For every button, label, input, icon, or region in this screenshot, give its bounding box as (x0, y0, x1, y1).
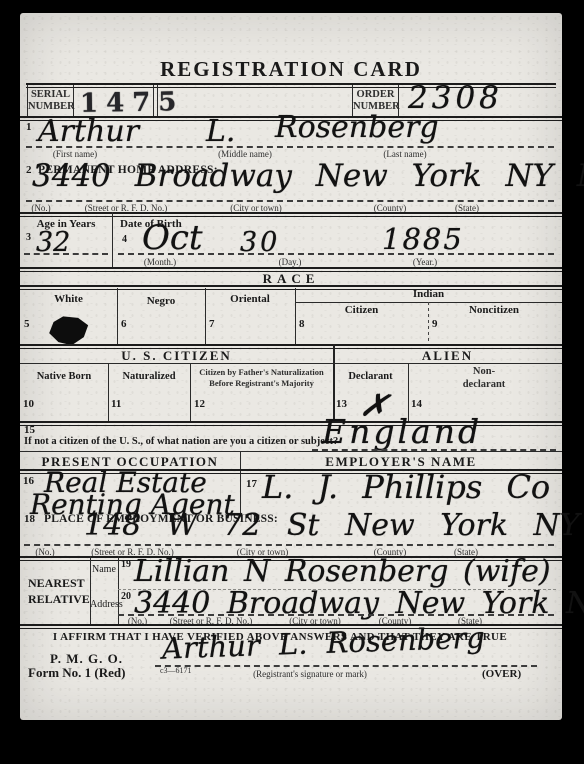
line18-number: 18 (24, 513, 35, 525)
mid-divider-line-a (153, 85, 154, 116)
race-box-7: 7 (209, 318, 215, 330)
line4-number: 4 (122, 234, 127, 245)
employment-address-handwriting: 148 W 72 St New York NY NY (84, 511, 584, 541)
line20-number: 20 (121, 591, 131, 602)
alien-heading: ALIEN (333, 348, 562, 364)
line16-number: 16 (23, 475, 34, 487)
naturalized-header: Naturalized (108, 371, 190, 382)
line19-number: 19 (121, 559, 131, 570)
line17-number: 17 (246, 478, 257, 490)
day-label: (Day.) (245, 257, 335, 267)
birth-month-handwriting: Oct (142, 221, 203, 255)
line3-number: 3 (26, 232, 31, 243)
employment-line (24, 544, 554, 546)
citizen-head-rule (20, 363, 562, 364)
race-oriental-header: Oriental (205, 293, 295, 305)
footer-over: (OVER) (482, 668, 521, 680)
race-white-ink-mark (44, 307, 94, 350)
card-title: REGISTRATION CARD (20, 57, 562, 82)
nation-bottom-rule (20, 451, 562, 452)
home-address-handwriting: 3440 Broadway New York NY NY (32, 161, 584, 192)
race-indian-citizen-header: Citizen (295, 304, 428, 316)
line1-number: 1 (26, 121, 32, 133)
citizen-alien-divider (333, 344, 335, 421)
middle-name-handwriting: L. (206, 117, 235, 147)
citizen-box-13: 13 (336, 398, 347, 410)
occupation-employer-divider (240, 451, 241, 513)
race-indian-noncitizen-header: Noncitizen (428, 304, 560, 316)
employer-handwriting: L. J. Phillips Co (262, 471, 550, 503)
citizen-box-11: 11 (111, 398, 121, 410)
age-handwriting: 32 (36, 229, 70, 256)
footer-form-name: Form No. 1 (Red) (28, 665, 125, 681)
race-box-8: 8 (299, 318, 305, 330)
relative-name-label: Name (92, 564, 116, 575)
name-line (26, 146, 554, 148)
nation-answer-handwriting: England (322, 415, 482, 448)
citizen-by-father-header: Citizen by Father's Naturalization Befor… (192, 367, 331, 388)
race-box-6: 6 (121, 318, 127, 330)
line15-number: 15 (24, 424, 35, 436)
indian-sub-divider (428, 302, 429, 344)
signature-label: (Registrant's signature or mark) (220, 669, 400, 679)
nation-question: If not a citizen of the U. S., of what n… (24, 436, 338, 447)
race-white-header: White (20, 293, 117, 305)
signature-line (155, 665, 537, 667)
serial-box-right-line (73, 85, 74, 116)
registrant-signature-handwriting: Arthur L. Rosenberg (162, 623, 486, 663)
us-citizen-heading: U. S. CITIZEN (20, 348, 333, 364)
non-declarant-header: Non-declarant (452, 366, 516, 391)
last-name-handwriting: Rosenberg (275, 113, 439, 143)
citizen-col-line-2 (190, 363, 191, 421)
serial-label: SERIAL NUMBER (28, 89, 73, 113)
citizen-box-12: 12 (194, 398, 205, 410)
race-box-5: 5 (24, 318, 30, 330)
dob-line (118, 253, 554, 255)
year-label: (Year.) (380, 257, 470, 267)
mid-divider-line-b (157, 85, 158, 116)
footer-print-code: c3—6171 (160, 666, 192, 675)
citizen-box-10: 10 (23, 398, 34, 410)
relative-name-handwriting: Lillian N Rosenberg (wife) (134, 557, 551, 587)
native-born-header: Native Born (20, 371, 108, 382)
nearest-relative-heading: NEAREST RELATIVE (28, 576, 90, 607)
birth-year-handwriting: 1885 (382, 225, 464, 254)
race-negro-header: Negro (117, 295, 205, 307)
relative-block-line-1 (90, 556, 91, 626)
address-row-bottom-rule (20, 212, 562, 217)
line2-number: 2 (26, 164, 32, 176)
citizen-box-14: 14 (411, 398, 422, 410)
age-dob-divider (112, 212, 113, 267)
declarant-header: Declarant (333, 371, 408, 382)
race-indian-header: Indian (295, 288, 562, 300)
age-line (24, 253, 108, 255)
scanned-registration-card-page: { "title": "REGISTRATION CARD", "serial"… (0, 0, 584, 764)
relative-address-label: Address (90, 599, 123, 610)
race-box-9: 9 (432, 318, 438, 330)
month-label: (Month.) (115, 257, 205, 267)
registration-card: REGISTRATION CARD SERIAL NUMBER 1475 ORD… (20, 13, 562, 720)
birth-day-handwriting: 30 (240, 229, 280, 256)
home-address-line (26, 200, 554, 202)
first-name-handwriting: Arthur (38, 117, 139, 147)
